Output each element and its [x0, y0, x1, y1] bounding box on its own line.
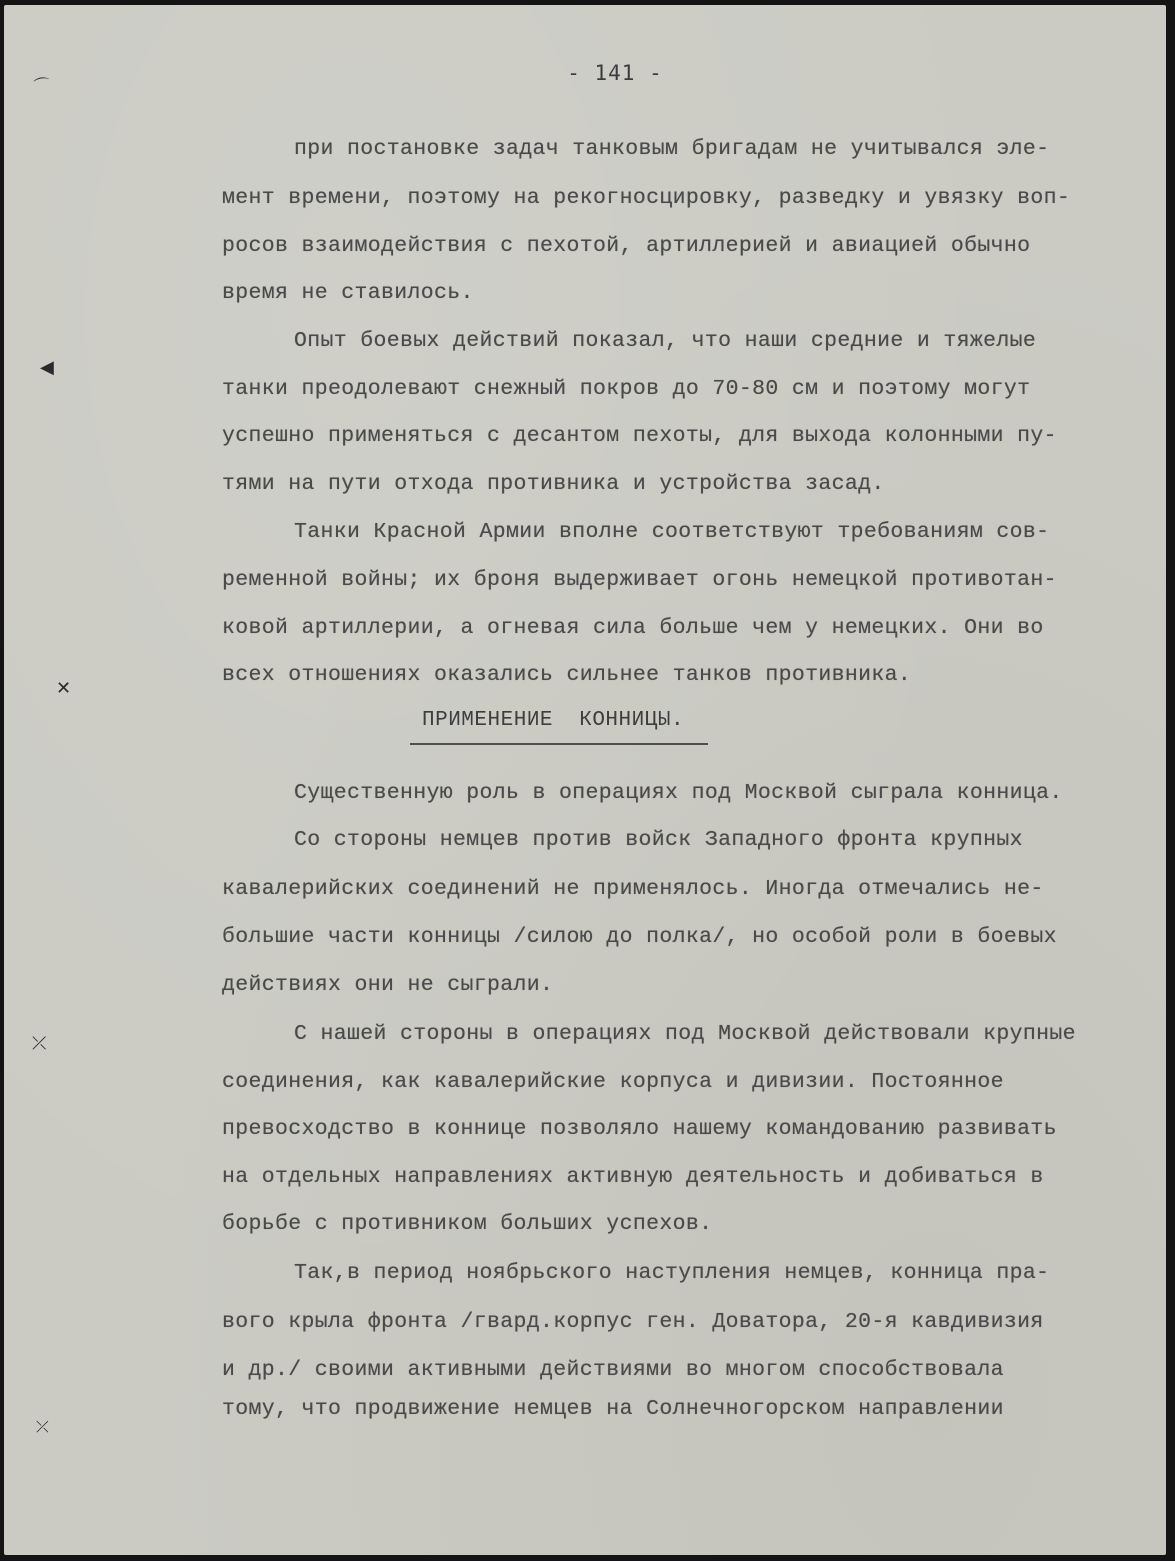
section-paragraph-2-line-1: Со стороны немцев против войск Западного… — [294, 828, 1023, 852]
section-paragraph-3-line-2: соединения, как кавалерийские корпуса и … — [222, 1070, 1004, 1094]
paragraph-3-line-3: ковой артиллерии, а огневая сила больше … — [222, 616, 1044, 640]
document-page: - 141 - при постановке задач танковым бр… — [4, 5, 1166, 1555]
paragraph-3-line-4: всех отношениях оказались сильнее танков… — [222, 663, 911, 687]
section-paragraph-4-line-3: и др./ своими активными действиями во мн… — [222, 1358, 1004, 1382]
paragraph-3-line-2: ременной войны; их броня выдерживает ого… — [222, 568, 1057, 592]
paragraph-2-line-2: танки преодолевают снежный покров до 70-… — [222, 377, 1030, 401]
paragraph-1-line-2: мент времени, поэтому на рекогносцировку… — [222, 186, 1070, 210]
section-paragraph-3-line-3: превосходство в коннице позволяло нашему… — [222, 1117, 1057, 1141]
paragraph-1-line-4: время не ставилось. — [222, 281, 474, 305]
paragraph-2-line-1: Опыт боевых действий показал, что наши с… — [294, 329, 1036, 353]
paragraph-2-line-4: тями на пути отхода противника и устройс… — [222, 472, 885, 496]
section-paragraph-4-line-1: Так,в период ноябрьского наступления нем… — [294, 1261, 1049, 1285]
margin-mark-icon: ◀ — [40, 357, 54, 378]
section-paragraph-3-line-4: на отдельных направлениях активную деяте… — [222, 1165, 1044, 1189]
section-paragraph-2-line-4: действиях они не сыграли. — [222, 973, 553, 997]
section-paragraph-2-line-2: кавалерийских соединений не применялось.… — [222, 877, 1044, 901]
paragraph-1-line-3: росов взаимодействия с пехотой, артиллер… — [222, 234, 1030, 258]
section-paragraph-3-line-1: С нашей стороны в операциях под Москвой … — [294, 1022, 1076, 1046]
margin-mark-icon: ✕ — [56, 678, 71, 699]
page-number: - 141 - — [4, 61, 1175, 85]
section-heading: ПРИМЕНЕНИЕ КОННИЦЫ. — [422, 709, 684, 732]
section-paragraph-4-line-2: вого крыла фронта /гвард.корпус ген. Дов… — [222, 1310, 1044, 1334]
margin-mark-icon: ⤫ — [32, 1033, 46, 1054]
section-heading-underline — [410, 743, 708, 745]
paragraph-3-line-1: Танки Красной Армии вполне соответствуют… — [294, 520, 1049, 544]
section-paragraph-4-line-4: тому, что продвижение немцев на Солнечно… — [222, 1397, 1004, 1421]
paragraph-2-line-3: успешно применяться с десантом пехоты, д… — [222, 424, 1057, 448]
section-paragraph-2-line-3: большие части конницы /силою до полка/, … — [222, 925, 1057, 949]
section-paragraph-1-line-1: Существенную роль в операциях под Москво… — [294, 781, 1063, 805]
margin-mark-icon: ⤫ — [36, 1417, 49, 1437]
section-paragraph-3-line-5: борьбе с противником больших успехов. — [222, 1212, 712, 1236]
paragraph-1-line-1: при постановке задач танковым бригадам н… — [294, 137, 1049, 161]
